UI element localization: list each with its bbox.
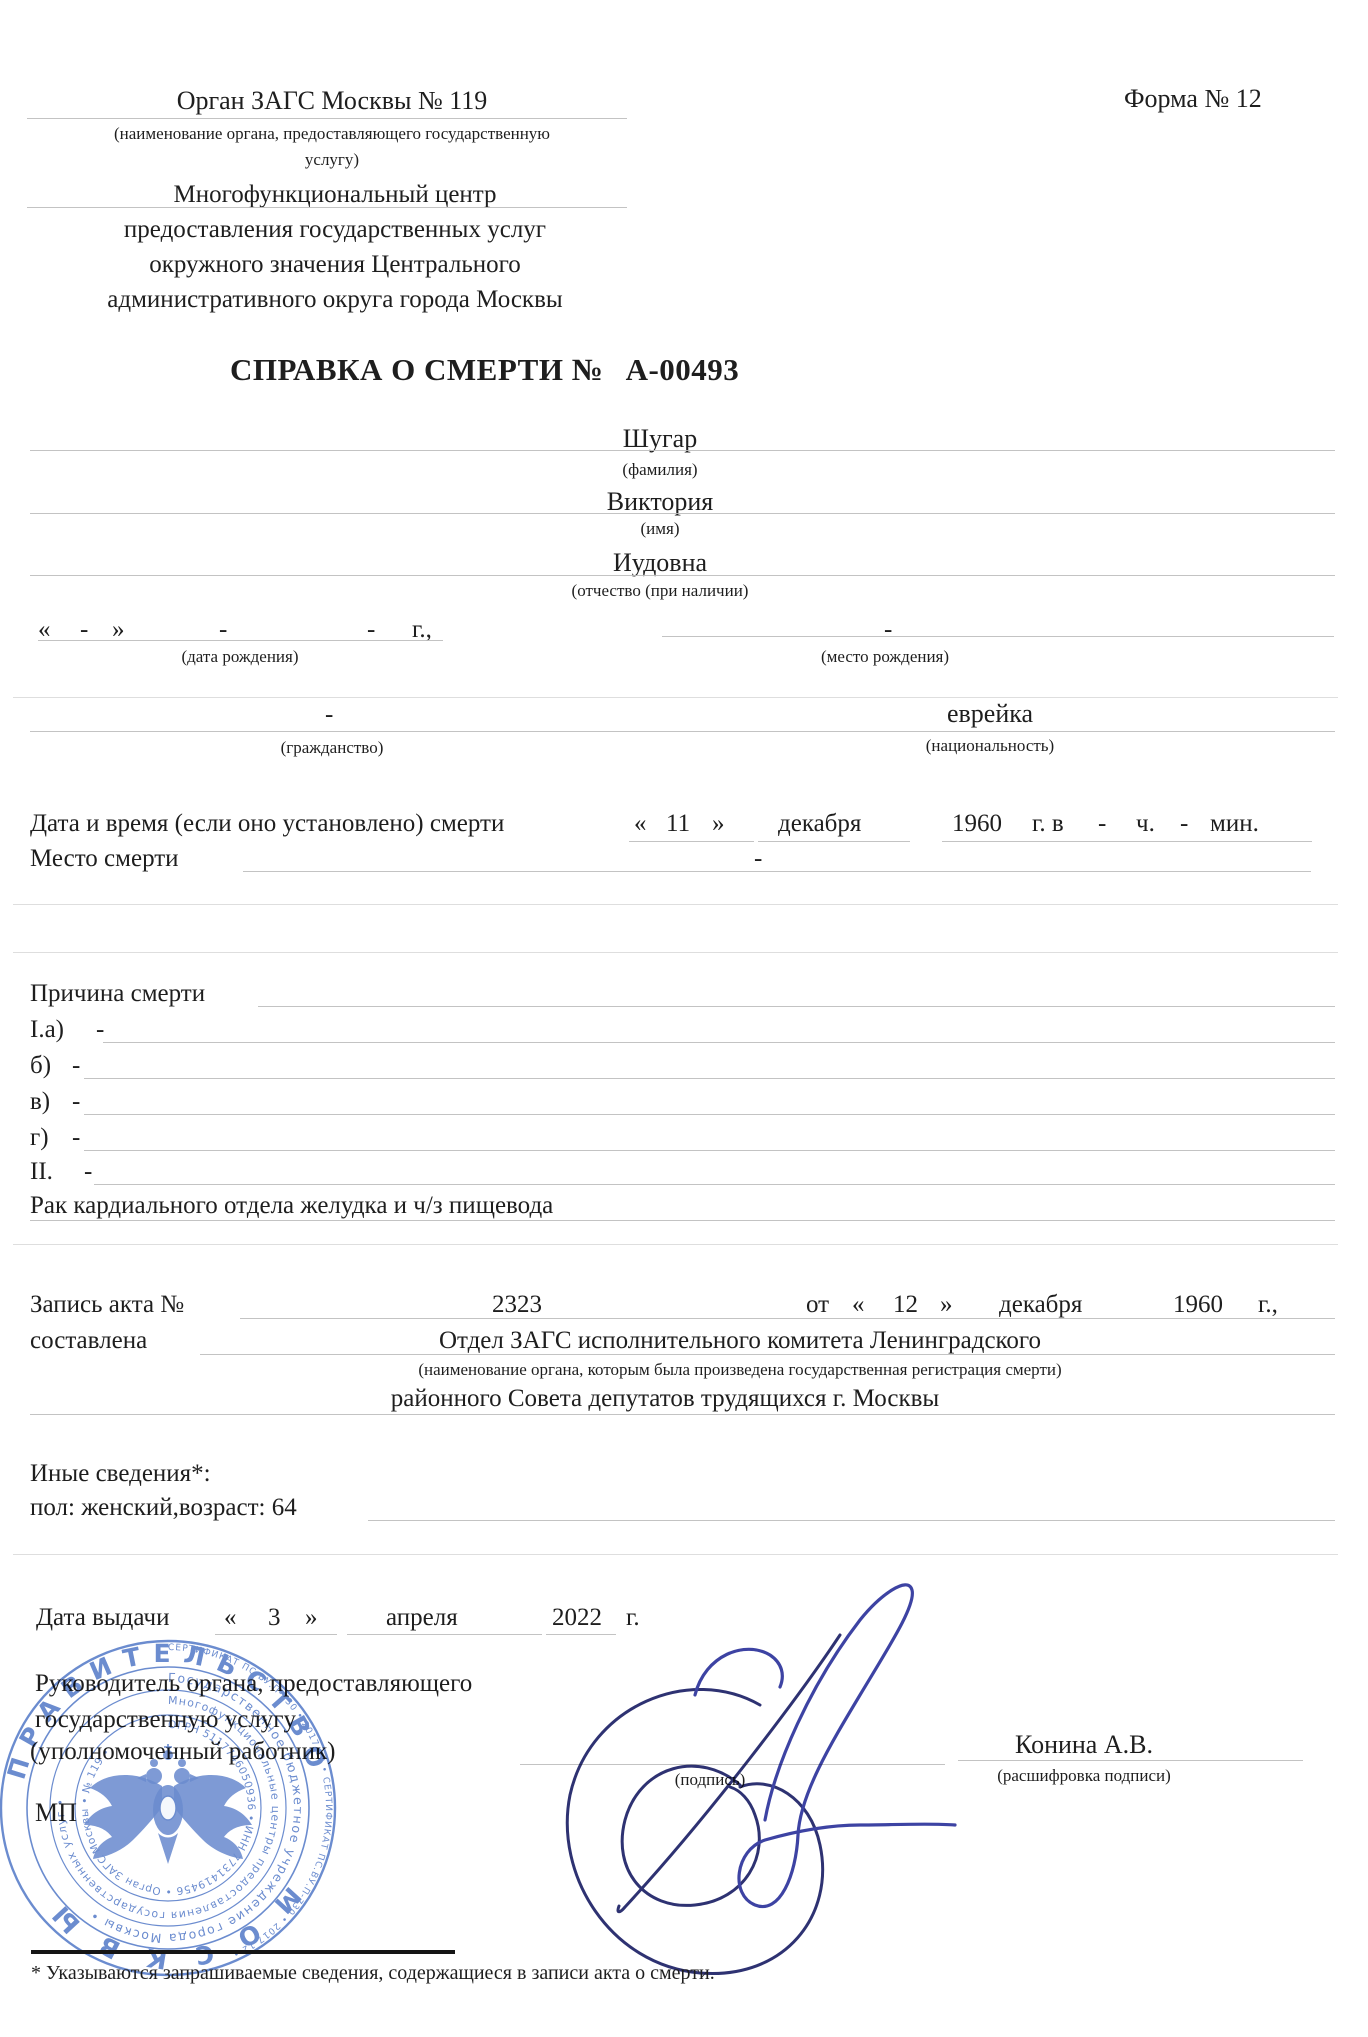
- cause-label: Причина смерти: [30, 980, 205, 1008]
- birth-place-value: -: [884, 616, 892, 644]
- death-quote-open: «: [634, 810, 647, 838]
- death-year: 1960: [952, 810, 1002, 838]
- rule-line: [27, 207, 627, 208]
- citizenship-value: -: [325, 701, 333, 729]
- authority-caption-line1: (наименование органа, предоставляющего г…: [27, 124, 637, 144]
- issue-date-label: Дата выдачи: [36, 1604, 169, 1632]
- rule-line: [30, 1220, 1335, 1221]
- surname-caption: (фамилия): [460, 460, 860, 480]
- issuing-authority-name: Орган ЗАГС Москвы № 119: [27, 86, 637, 116]
- issue-month: апреля: [386, 1604, 458, 1632]
- other-info-label: Иные сведения*:: [30, 1460, 211, 1488]
- cause-item-value: -: [72, 1124, 80, 1152]
- rule-line: [94, 1184, 1335, 1185]
- document-title-prefix: СПРАВКА О СМЕРТИ №: [230, 352, 603, 387]
- footer-divider-line: [31, 1950, 455, 1954]
- death-month: декабря: [778, 810, 861, 838]
- patronymic-caption: (отчество (при наличии): [460, 581, 860, 601]
- death-datetime-label: Дата и время (если оно установлено) смер…: [30, 810, 504, 838]
- rule-line: [30, 731, 1335, 732]
- cause-item-label: I.а): [30, 1016, 64, 1044]
- rule-line: [258, 1006, 1335, 1007]
- issue-day: 3: [268, 1604, 281, 1632]
- citizenship-caption: (гражданство): [232, 738, 432, 758]
- rule-line: [629, 841, 754, 842]
- record-month: декабря: [999, 1291, 1082, 1319]
- document-number: А-00493: [626, 352, 740, 387]
- cause-item-label: б): [30, 1052, 51, 1080]
- mfc-line-2: предоставления государственных услуг: [35, 216, 635, 244]
- record-org-line2: районного Совета депутатов трудящихся г.…: [300, 1385, 1030, 1413]
- given-name-caption: (имя): [460, 519, 860, 539]
- rule-line: [38, 640, 443, 641]
- rule-line: [13, 952, 1338, 953]
- death-place-label: Место смерти: [30, 845, 179, 873]
- rule-line: [13, 904, 1338, 905]
- mfc-line-1: Многофункциональный центр: [35, 181, 635, 209]
- record-day: 12: [893, 1291, 918, 1319]
- record-label: Запись акта №: [30, 1291, 184, 1319]
- death-minutes: -: [1180, 810, 1188, 838]
- rule-line: [30, 513, 1335, 514]
- death-hours-unit: ч.: [1136, 810, 1155, 838]
- nationality-value: еврейка: [890, 699, 1090, 729]
- rule-line: [347, 1634, 542, 1635]
- handwritten-signature: [530, 1535, 1010, 1985]
- rule-line: [243, 871, 1311, 872]
- record-org-line1: Отдел ЗАГС исполнительного комитета Лени…: [300, 1327, 1180, 1355]
- death-hours: -: [1098, 810, 1106, 838]
- rule-line: [758, 841, 910, 842]
- rule-line: [27, 118, 627, 119]
- document-title: СПРАВКА О СМЕРТИ № А-00493: [230, 352, 739, 388]
- record-org-caption: (наименование органа, которым была произ…: [300, 1360, 1180, 1380]
- death-certificate-document: Орган ЗАГС Москвы № 119 Форма № 12 (наим…: [0, 0, 1368, 2037]
- rule-line: [30, 1414, 1335, 1415]
- official-round-stamp: СЕРТИФИКАТ ПС.ВУ.П-730 • 2017.12 • СЕРТИ…: [0, 1636, 340, 1980]
- birth-date-caption: (дата рождения): [140, 647, 340, 667]
- record-from-word: от: [806, 1291, 829, 1319]
- record-number: 2323: [492, 1291, 542, 1319]
- cause-item-label: в): [30, 1088, 50, 1116]
- rule-line: [84, 1150, 1335, 1151]
- death-year-suffix: г. в: [1032, 810, 1064, 838]
- cause-item-value: -: [96, 1016, 104, 1044]
- issue-quote-open: «: [224, 1604, 237, 1632]
- rule-line: [215, 1634, 337, 1635]
- mfc-line-4: административного округа города Москвы: [35, 286, 635, 314]
- cause-item-label: г): [30, 1124, 49, 1152]
- cause-item-label: II.: [30, 1158, 53, 1186]
- cause-item-value: -: [72, 1088, 80, 1116]
- rule-line: [13, 1244, 1338, 1245]
- nationality-caption: (национальность): [890, 736, 1090, 756]
- rule-line: [200, 1354, 1335, 1355]
- footer-note: * Указываются запрашиваемые сведения, со…: [31, 1962, 715, 1985]
- rule-line: [942, 841, 1312, 842]
- record-year: 1960: [1173, 1291, 1223, 1319]
- coat-of-arms-eagle: [84, 1744, 252, 1864]
- rule-line: [84, 1078, 1335, 1079]
- other-info-value: пол: женский,возраст: 64: [30, 1494, 297, 1522]
- authority-caption-line2: услугу): [27, 150, 637, 170]
- rule-line: [662, 636, 1334, 637]
- form-number: Форма № 12: [1124, 84, 1262, 114]
- issue-quote-close: »: [305, 1604, 318, 1632]
- cause-note: Рак кардиального отдела желудка и ч/з пи…: [30, 1192, 553, 1220]
- death-minutes-unit: мин.: [1210, 810, 1259, 838]
- rule-line: [30, 575, 1335, 576]
- cause-item-value: -: [84, 1158, 92, 1186]
- record-made-label: составлена: [30, 1327, 147, 1355]
- rule-line: [240, 1318, 1335, 1319]
- death-day: 11: [666, 810, 690, 838]
- death-quote-close: »: [712, 810, 725, 838]
- cause-item-value: -: [72, 1052, 80, 1080]
- patronymic-value: Иудовна: [460, 548, 860, 578]
- death-place-value: -: [754, 845, 762, 873]
- record-quote-open: «: [852, 1291, 865, 1319]
- rule-line: [84, 1114, 1335, 1115]
- record-year-suffix: г.,: [1258, 1291, 1278, 1319]
- rule-line: [30, 450, 1335, 451]
- birth-place-caption: (место рождения): [785, 647, 985, 667]
- rule-line: [103, 1042, 1335, 1043]
- record-quote-close: »: [940, 1291, 953, 1319]
- mfc-line-3: окружного значения Центрального: [35, 251, 635, 279]
- rule-line: [13, 697, 1338, 698]
- rule-line: [368, 1520, 1335, 1521]
